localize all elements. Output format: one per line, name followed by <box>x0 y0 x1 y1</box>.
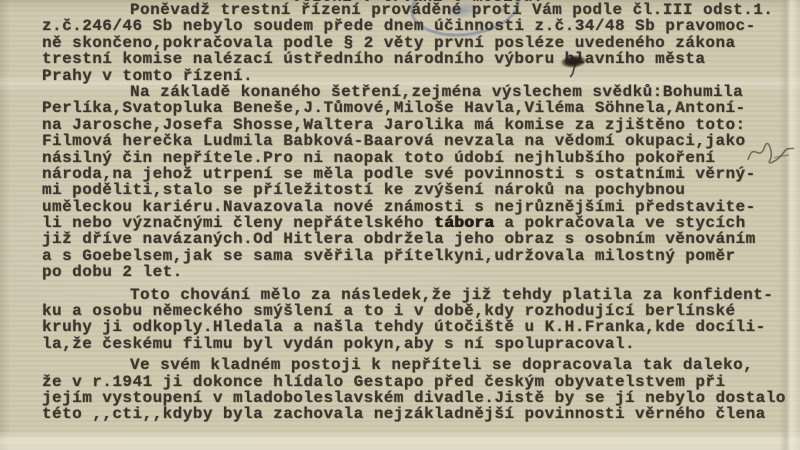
text-segment: Toto chování mělo za následek,že již teh… <box>130 286 773 304</box>
text-line: a s Goebelsem,jak se sama svěřila přítel… <box>42 248 798 264</box>
text-segment: kruhy ji odkoply.Hledala a našla tehdy ú… <box>42 318 766 336</box>
text-line: Toto chování mělo za následek,že již teh… <box>42 287 798 303</box>
text-line: trestní komise nalézací ústředního národ… <box>42 51 798 67</box>
text-line: Ve svém kladném postoji k nepříteli se d… <box>42 357 798 373</box>
text-line: ku a osobu německého smýšlení a to i v d… <box>42 303 798 319</box>
text-line: násilný čin nepřítele.Pro ni naopak toto… <box>42 150 798 166</box>
ink-blot-tail <box>566 64 580 78</box>
text-line: Prahy v tomto řízení. <box>42 68 798 84</box>
text-segment: Perlíka,Svatopluka Beneše,J.Tůmové,Miloš… <box>42 99 746 117</box>
text-line: Poněvadž trestní řízení prováděné proti … <box>42 2 798 18</box>
text-line: li nebo význačnými členy nepřátelského t… <box>42 215 798 231</box>
text-segment: této ,,cti,,kdyby byla zachovala nejzákl… <box>42 405 766 423</box>
text-segment: Filmová herečka Ludmila Babková-Baarová … <box>42 132 746 150</box>
text-segment: že v r.1941 ji dokonce hlídalo Gestapo p… <box>42 373 726 391</box>
text-segment: Prahy v tomto řízení. <box>42 67 253 85</box>
text-segment: mi poděliti,stalo se příležitostí ke zvý… <box>42 181 685 199</box>
text-line: této ,,cti,,kdyby byla zachovala nejzákl… <box>42 406 798 422</box>
text-segment: uměleckou kariéru.Navazovala nové známos… <box>42 198 756 216</box>
text-line: národa,na jehož utrpení se měla podle sv… <box>42 166 798 182</box>
text-line: la,že českému filmu byl vydán pokyn,aby … <box>42 336 798 352</box>
text-line: uměleckou kariéru.Navazovala nové známos… <box>42 199 798 215</box>
text-line: mi poděliti,stalo se příležitostí ke zvý… <box>42 182 798 198</box>
text-segment: trestní komise nalézací ústředního národ… <box>42 50 705 68</box>
text-segment: již dříve navázaných.Od Hitlera obdržela… <box>42 230 756 248</box>
text-segment: po dobu 2 let. <box>42 263 183 281</box>
text-line: Na základě konaného šetření,zejména výsl… <box>42 84 798 100</box>
text-line: kruhy ji odkoply.Hledala a našla tehdy ú… <box>42 319 798 335</box>
text-line: již dříve navázaných.Od Hitlera obdržela… <box>42 231 798 247</box>
text-segment: Ve svém kladném postoji k nepříteli se d… <box>130 356 753 374</box>
text-segment: násilný čin nepřítele.Pro ni naopak toto… <box>42 149 715 167</box>
text-line: z.č.246/46 Sb nebylo soudem přede dnem ú… <box>42 18 798 34</box>
text-line: jejím vystoupení v mladoboleslavském div… <box>42 390 798 406</box>
text-line: Filmová herečka Ludmila Babková-Baarová … <box>42 133 798 149</box>
text-line: Perlíka,Svatopluka Beneše,J.Tůmové,Miloš… <box>42 100 798 116</box>
text-line: ně skončeno,pokračovala podle § 2 věty p… <box>42 35 798 51</box>
text-line: na Jarosche,Josefa Shosse,Waltera Jaroli… <box>42 117 798 133</box>
typewritten-text: Poněvadž trestní řízení prováděné proti … <box>42 2 798 423</box>
handwritten-margin-mark <box>744 134 798 172</box>
text-segment: z.č.246/46 Sb nebylo soudem přede dnem ú… <box>42 17 756 35</box>
document-page: vězení v trvání 6 měsíců. Poněvadž trest… <box>0 0 800 450</box>
text-line: že v r.1941 ji dokonce hlídalo Gestapo p… <box>42 374 798 390</box>
text-segment: la,že českému filmu byl vydán pokyn,aby … <box>42 335 635 353</box>
text-line: po dobu 2 let. <box>42 264 798 280</box>
